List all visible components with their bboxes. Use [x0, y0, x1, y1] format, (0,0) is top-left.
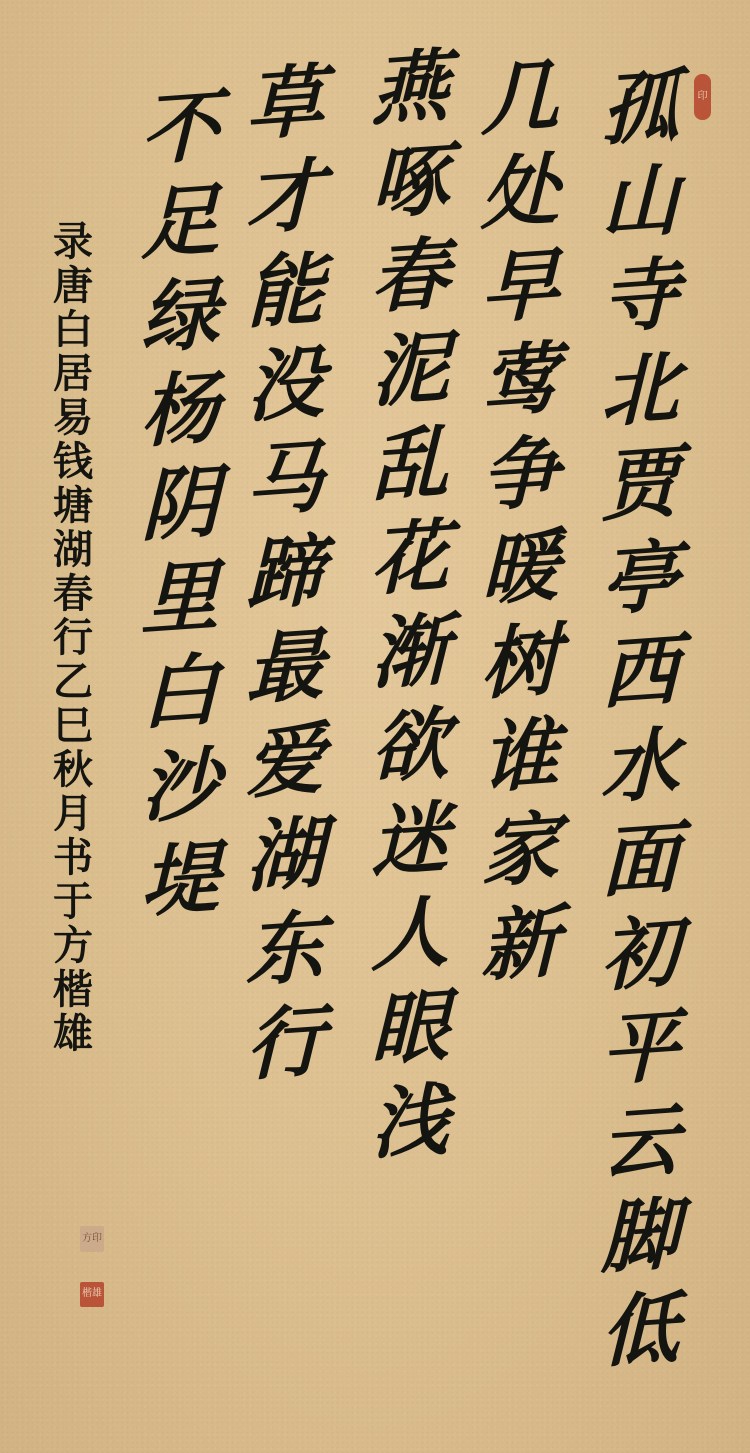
calligraphy-character: 泥 [371, 329, 449, 428]
inscription-character: 钱 [53, 442, 93, 486]
calligraphy-character: 谁 [481, 715, 559, 814]
calligraphy-character: 孤 [601, 67, 679, 166]
calligraphy-character: 几 [481, 57, 559, 156]
inscription-column: 录唐白居易钱塘湖春行乙巳秋月书于方楷雄 [38, 222, 108, 1058]
seal-text: 楷雄 [82, 1289, 102, 1300]
poem-column-3: 燕啄春泥乱花渐欲迷人眼浅 [360, 50, 460, 1178]
calligraphy-character: 阴 [141, 463, 219, 562]
calligraphy-character: 乱 [371, 423, 449, 522]
calligraphy-character: 白 [141, 651, 219, 750]
calligraphy-character: 北 [601, 349, 679, 448]
calligraphy-character: 沙 [141, 745, 219, 844]
calligraphy-character: 绿 [141, 275, 219, 374]
signature-seal-1: 方印 [80, 1226, 104, 1252]
calligraphy-character: 早 [481, 245, 559, 344]
signature-seal-2: 楷雄 [80, 1282, 104, 1307]
inscription-character: 雄 [53, 1014, 93, 1058]
poem-column-5: 不足绿杨阴里白沙堤 [130, 90, 230, 936]
calligraphy-character: 低 [601, 1289, 679, 1388]
inscription-character: 春 [53, 574, 93, 618]
calligraphy-character: 最 [246, 626, 324, 725]
calligraphy-character: 爱 [246, 720, 324, 819]
calligraphy-character: 东 [246, 908, 324, 1007]
calligraphy-character: 贾 [601, 443, 679, 542]
calligraphy-character: 能 [246, 250, 324, 349]
inscription-character: 乙 [53, 662, 93, 706]
calligraphy-character: 面 [601, 819, 679, 918]
calligraphy-character: 处 [481, 151, 559, 250]
calligraphy-character: 啄 [371, 141, 449, 240]
calligraphy-character: 花 [371, 517, 449, 616]
inscription-character: 唐 [53, 266, 93, 310]
inscription-character: 巳 [53, 706, 93, 750]
calligraphy-character: 春 [371, 235, 449, 334]
calligraphy-character: 蹄 [246, 532, 324, 631]
inscription-character: 书 [53, 838, 93, 882]
calligraphy-character: 欲 [371, 705, 449, 804]
calligraphy-character: 新 [481, 903, 559, 1002]
calligraphy-character: 里 [141, 557, 219, 656]
calligraphy-character: 初 [601, 913, 679, 1012]
calligraphy-character: 云 [601, 1101, 679, 1200]
leading-seal: 印 [694, 74, 711, 120]
inscription-character: 于 [53, 882, 93, 926]
calligraphy-character: 西 [601, 631, 679, 730]
calligraphy-character: 燕 [371, 47, 449, 146]
calligraphy-character: 草 [246, 62, 324, 161]
poem-column-1: 孤山寺北贾亭西水面初平云脚低 [590, 70, 690, 1386]
calligraphy-character: 家 [481, 809, 559, 908]
calligraphy-character: 行 [246, 1002, 324, 1101]
inscription-character: 塘 [53, 486, 93, 530]
calligraphy-character: 没 [246, 344, 324, 443]
seal-text: 印 [698, 92, 708, 103]
calligraphy-character: 不 [141, 87, 219, 186]
calligraphy-character: 莺 [481, 339, 559, 438]
inscription-character: 湖 [53, 530, 93, 574]
calligraphy-character: 渐 [371, 611, 449, 710]
inscription-character: 白 [53, 310, 93, 354]
calligraphy-character: 山 [601, 161, 679, 260]
inscription-character: 行 [53, 618, 93, 662]
calligraphy-character: 杨 [141, 369, 219, 468]
calligraphy-character: 脚 [601, 1195, 679, 1294]
poem-column-4: 草才能没马蹄最爱湖东行 [235, 65, 335, 1099]
inscription-character: 月 [53, 794, 93, 838]
calligraphy-character: 才 [246, 156, 324, 255]
calligraphy-character: 人 [371, 893, 449, 992]
calligraphy-character: 湖 [246, 814, 324, 913]
calligraphy-character: 暖 [481, 527, 559, 626]
inscription-character: 方 [53, 926, 93, 970]
inscription-character: 秋 [53, 750, 93, 794]
inscription-character: 录 [53, 222, 93, 266]
calligraphy-character: 堤 [141, 839, 219, 938]
poem-column-2: 几处早莺争暖树谁家新 [470, 60, 570, 1000]
inscription-character: 楷 [53, 970, 93, 1014]
inscription-character: 居 [53, 354, 93, 398]
calligraphy-character: 树 [481, 621, 559, 720]
calligraphy-character: 水 [601, 725, 679, 824]
calligraphy-character: 亭 [601, 537, 679, 636]
calligraphy-character: 马 [246, 438, 324, 537]
inscription-character: 易 [53, 398, 93, 442]
calligraphy-character: 足 [141, 181, 219, 280]
calligraphy-character: 平 [601, 1007, 679, 1106]
seal-text: 方印 [82, 1234, 102, 1245]
calligraphy-character: 争 [481, 433, 559, 532]
calligraphy-character: 眼 [371, 987, 449, 1086]
calligraphy-character: 浅 [371, 1081, 449, 1180]
calligraphy-character: 寺 [601, 255, 679, 354]
calligraphy-character: 迷 [371, 799, 449, 898]
